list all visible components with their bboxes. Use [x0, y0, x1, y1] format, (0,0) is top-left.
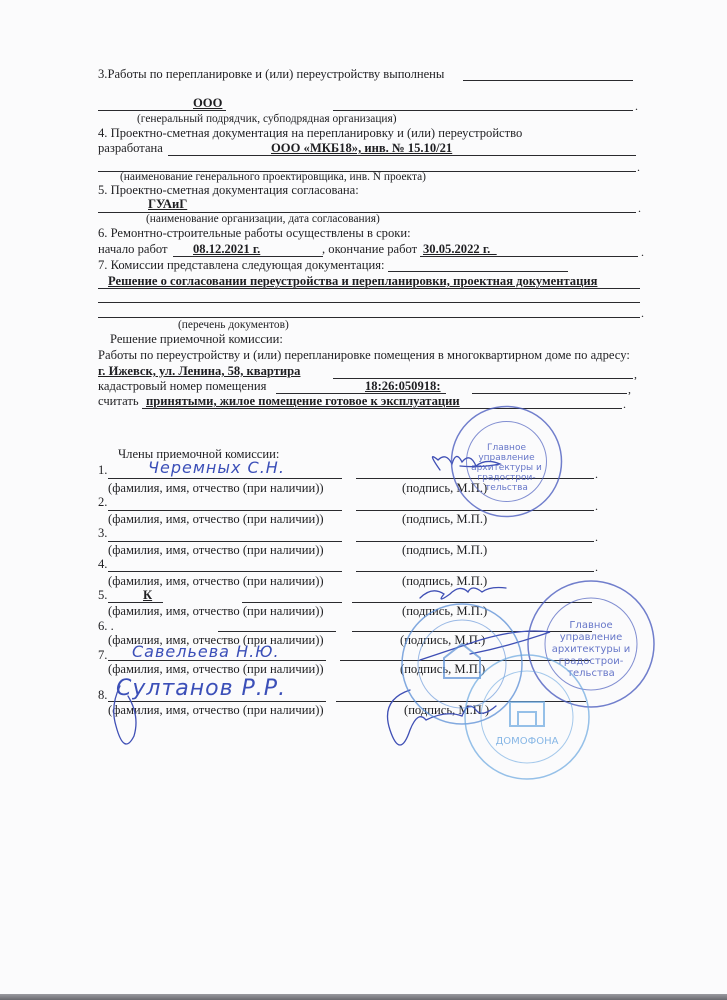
rule [168, 155, 636, 156]
item7-caption: (перечень документов) [178, 318, 289, 333]
handwritten-name-8: Султанов Р.Р. [116, 676, 286, 701]
item7-value: Решение о согласовании переустройства и … [108, 274, 597, 289]
rule [98, 288, 640, 289]
cadastral-label: кадастровый номер помещения [98, 379, 266, 394]
rule [472, 393, 627, 394]
item4-label-line2: разработана [98, 141, 163, 156]
item5-label: 5. Проектно-сметная документация согласо… [98, 183, 359, 198]
svg-text:Главное: Главное [487, 443, 526, 453]
scan-bottom-edge [0, 994, 727, 1000]
item6-label: 6. Ремонтно-строительные работы осуществ… [98, 226, 411, 241]
decision-heading: Решение приемочной комиссии: [110, 332, 283, 347]
svg-text:архитектуры и: архитектуры и [471, 463, 542, 473]
svg-text:ДОМОФОНА: ДОМОФОНА [495, 736, 558, 747]
consider-label: считать [98, 394, 139, 409]
svg-text:управление: управление [478, 453, 535, 463]
rule [333, 110, 633, 111]
svg-text:управление: управление [560, 632, 623, 643]
item6-end-label: , окончание работ [322, 242, 417, 257]
rule [98, 302, 640, 303]
handwritten-name-1: Черемных С.Н. [148, 458, 285, 477]
item4-label-line1: 4. Проектно-сметная документация на пере… [98, 126, 522, 141]
svg-text:тельства: тельства [485, 483, 528, 493]
scanned-document-page: 3.Работы по перепланировке и (или) переу… [0, 0, 727, 1000]
item3-blank-line [463, 80, 633, 81]
item7-label: 7. Комиссии представлена следующая докум… [98, 258, 385, 273]
consider-value: принятыми, жилое помещение готовое к экс… [146, 394, 460, 409]
handwritten-name-7: Савельева Н.Ю. [132, 642, 280, 661]
rule [420, 256, 638, 257]
item6-start-label: начало работ [98, 242, 168, 257]
svg-text:Главное: Главное [569, 620, 612, 631]
rule [388, 271, 568, 272]
stamp-guaig-upper: Главное управление архитектуры и градост… [449, 404, 564, 519]
rule [173, 256, 323, 257]
item5-caption: (наименование организации, дата согласов… [146, 212, 380, 227]
decision-text: Работы по переустройству и (или) перепла… [98, 348, 630, 363]
signature-5-icon [420, 588, 506, 600]
cadastral-value: 18:26:050918: [365, 379, 441, 394]
item4-value: ООО «МКБ18», инв. № 15.10/21 [271, 141, 452, 156]
stamp-domofona: ДОМОФОНА [462, 652, 592, 782]
item5-value: ГУАиГ [148, 197, 187, 212]
item3-caption: (генеральный подрядчик, субподрядная орг… [137, 112, 397, 127]
item3-label: 3.Работы по перепланировке и (или) переу… [98, 67, 444, 82]
svg-text:градострои-: градострои- [477, 473, 535, 483]
item6-end-value: 30.05.2022 г._ [423, 242, 497, 257]
item6-start-value: 08.12.2021 г. [193, 242, 260, 257]
item3-value: ООО [193, 96, 222, 111]
decision-address: г. Ижевск, ул. Ленина, 58, квартира [98, 364, 300, 379]
rule [98, 110, 226, 111]
